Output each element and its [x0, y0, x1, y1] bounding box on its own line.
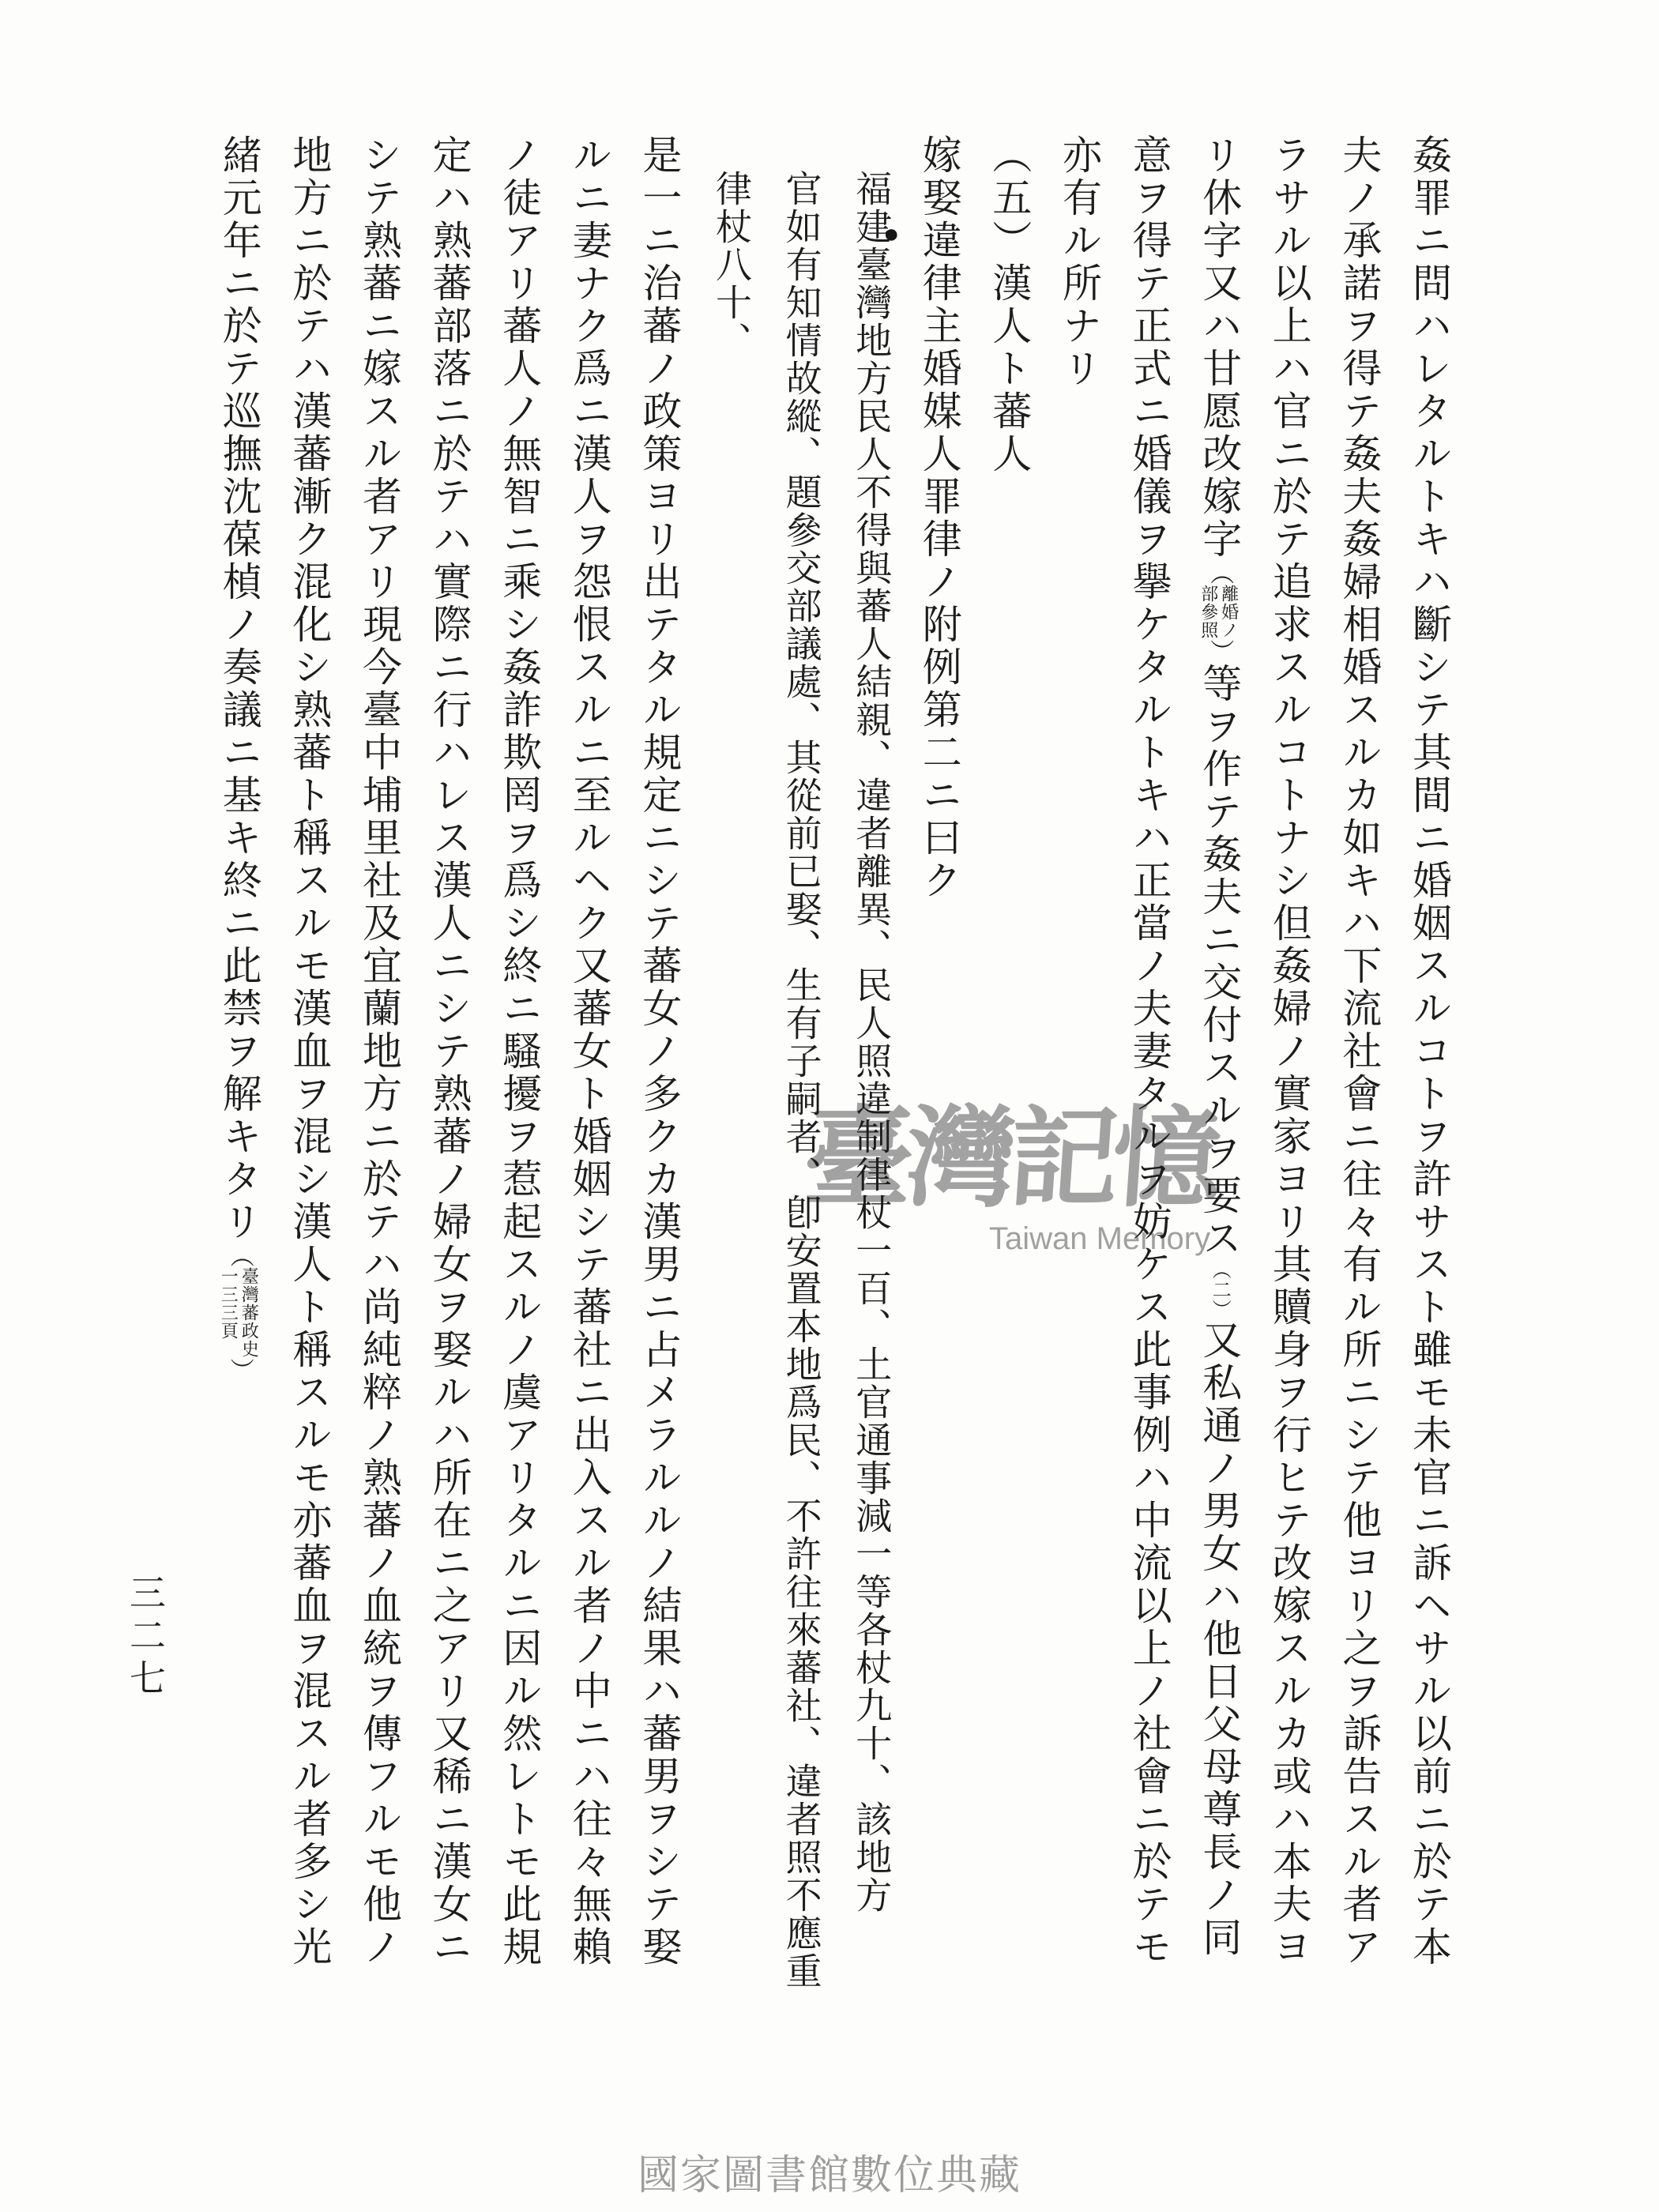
warichu-close-paren: ） — [227, 1358, 253, 1382]
warichu-inline-note: 離婚ノ部參照 — [1200, 585, 1239, 639]
body-column-13: ルニ妻ナク爲ニ漢人ヲ怨恨スルニ至ルヘク又蕃女ト婚姻シテ蕃社ニ出入スル者ノ中ニハ往… — [560, 134, 609, 1969]
warichu-inline-note: 臺灣蕃政史一三三頁 — [220, 1267, 258, 1358]
body-column-1: 姦罪ニ問ハレタルトキハ斷シテ其間ニ婚姻スルコトヲ許サスト雖モ未官ニ訴ヘサル以前ニ… — [1400, 134, 1449, 1969]
scanned-page: 臺灣記憶 Taiwan Memory 姦罪ニ問ハレタルトキハ斷シテ其間ニ婚姻スル… — [0, 0, 1659, 2212]
warichu-open-paren: （ — [227, 1243, 253, 1267]
inline-note-marker: （二） — [1209, 1260, 1229, 1319]
statute-quote-column-1: 福建臺灣地方民人不得與蕃人結親、違者離異、民人照違制律杖一百、土官通事減一等各杖… — [840, 170, 889, 1914]
page-number: 三二七 — [126, 1574, 163, 1702]
body-column-14: ノ徒アリ蕃人ノ無智ニ乘シ姦詐欺罔ヲ爲シ終ニ騷擾ヲ惹起スルノ虞アリタルニ因ル然レト… — [490, 134, 539, 1969]
warichu-open-paren: （ — [1206, 561, 1232, 585]
body-column-5: 意ヲ得テ正式ニ婚儀ヲ擧ケタルトキハ正當ノ夫妻タルヲ妨ケス此事例ハ中流以上ノ社會ニ… — [1120, 134, 1169, 1969]
statute-quote-column-2: 官如有知情故縱、題參交部議處、其從前已娶、生有子嗣者、卽安置本地爲民、不許往來蕃… — [770, 170, 819, 1990]
statute-heading: 嫁娶違律主婚媒人罪律ノ附例第二ニ曰ク — [910, 134, 959, 902]
body-column-18: 緒元年ニ於テ巡撫沈葆楨ノ奏議ニ基キ終ニ此禁ヲ解キタリ（臺灣蕃政史一三三頁） — [210, 134, 259, 1382]
body-column-15: 定ハ熟蕃部落ニ於テハ實際ニ行ハレス漢人ニシテ熟蕃ノ婦女ヲ娶ルハ所在ニ之アリ又稀ニ… — [420, 134, 469, 1969]
warichu-close-paren: ） — [1206, 639, 1232, 663]
statute-quote-column-3: 律杖八十、 — [700, 170, 749, 359]
body-column-4: リ休字又ハ甘愿改嫁字（離婚ノ部參照）等ヲ作テ姦夫ニ交付スルヲ要ス（二）又私通ノ男… — [1190, 134, 1239, 1959]
body-column-2: 夫ノ承諾ヲ得テ姦夫姦婦相婚スルカ如キハ下流社會ニ往々有ル所ニシテ他ヨリ之ヲ訴告ス… — [1330, 134, 1379, 1969]
text-columns: 姦罪ニ問ハレタルトキハ斷シテ其間ニ婚姻スルコトヲ許サスト雖モ未官ニ訴ヘサル以前ニ… — [0, 0, 1659, 2212]
body-column-3: ラサル以上ハ官ニ於テ追求スルコトナシ但姦婦ノ實家ヨリ其贖身ヲ行ヒテ改嫁スルカ或ハ… — [1260, 134, 1309, 1969]
quote-bullet-marker: ● — [883, 221, 900, 248]
section-heading: （五）漢人ト蕃人 — [980, 134, 1029, 476]
body-column-17: 地方ニ於テハ漢蕃漸ク混化シ熟蕃ト稱スルモ漢血ヲ混シ漢人ト稱スルモ亦蕃血ヲ混スル者… — [280, 134, 329, 1969]
body-column-16: シテ熟蕃ニ嫁スル者アリ現今臺中埔里社及宜蘭地方ニ於テハ尚純粹ノ熟蕃ノ血統ヲ傳フル… — [350, 134, 399, 1969]
body-column-6: 亦有ル所ナリ — [1050, 134, 1099, 390]
library-footer: 國家圖書館數位典藏 — [638, 2154, 1021, 2199]
body-column-12: 是一ニ治蕃ノ政策ヨリ出テタル規定ニシテ蕃女ノ多クカ漢男ニ占メラルルノ結果ハ蕃男ヲ… — [630, 134, 679, 1969]
